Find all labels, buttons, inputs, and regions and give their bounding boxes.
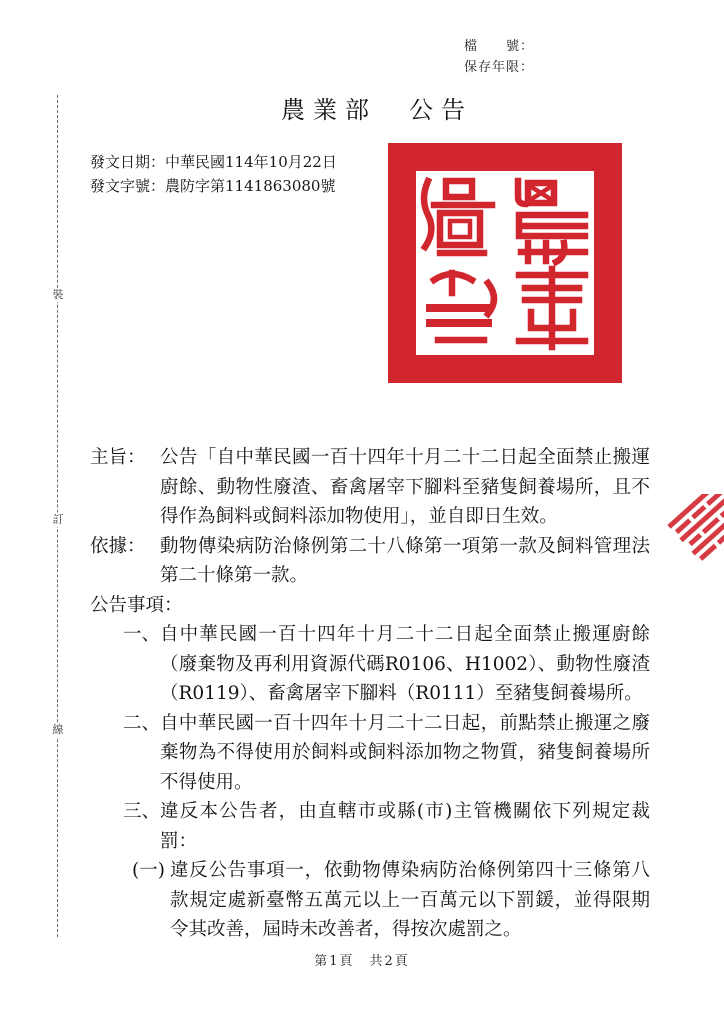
legal-basis-label: 依據： [90,532,160,562]
item-2-text: 自中華民國一百十四年十月二十二日起，前點禁止搬運之廢棄物為不得使用於飼料或飼料添… [160,713,650,793]
issue-date-value: 中華民國114年10月22日 [165,153,337,171]
meta-block: 發文日期：中華民國114年10月22日 發文字號：農防字第1141863080號 [90,150,337,198]
binding-mark-xian: 線 [50,723,66,737]
item-3-paragraph: 三、 違反本公告者，由直轄市或縣(市)主管機關依下列規定裁罰： [90,797,650,856]
legal-basis-text: 動物傳染病防治條例第二十八條第一項第一款及飼料管理法第二十條第一款。 [160,536,650,587]
binding-mark-zhuang: 裝 [50,288,66,302]
item-3-1-text: 違反公告事項一，依動物傳染病防治條例第四十三條第八款規定處新臺幣五萬元以上一百萬… [170,860,650,940]
retention-period-label: 保存年限： [464,57,534,78]
doc-number-line: 發文字號：農防字第1141863080號 [90,174,337,198]
item-3-1-paragraph: (一) 違反公告事項一，依動物傳染病防治條例第四十三條第八款規定處新臺幣五萬元以… [90,856,650,945]
item-2-paragraph: 二、 自中華民國一百十四年十月二十二日起，前點禁止搬運之廢棄物為不得使用於飼料或… [90,709,650,798]
ministry-seal-stamp-icon [388,143,622,383]
binding-mark-ding: 訂 [50,513,66,527]
doc-number-value: 農防字第1141863080號 [165,177,335,195]
file-number-label: 檔 號： [464,36,534,57]
subject-label: 主旨： [90,443,160,473]
item-1-text: 自中華民國一百十四年十月二十二日起全面禁止搬運廚餘（廢棄物及再利用資源代碼R01… [160,624,650,704]
item-2-label: 二、 [123,709,160,739]
announcement-title: 農業部 公告 [0,90,724,125]
subject-paragraph: 主旨： 公告「自中華民國一百十四年十月二十二日起全面禁止搬運廚餘、動物性廢渣、畜… [90,443,650,532]
items-heading: 公告事項： [90,591,650,621]
doc-number-label: 發文字號： [90,177,165,195]
item-1-paragraph: 一、 自中華民國一百十四年十月二十二日起全面禁止搬運廚餘（廢棄物及再利用資源代碼… [90,620,650,709]
item-3-1-label: (一) [132,856,170,886]
announcement-body: 主旨： 公告「自中華民國一百十四年十月二十二日起全面禁止搬運廚餘、動物性廢渣、畜… [90,443,650,945]
legal-basis-paragraph: 依據： 動物傳染病防治條例第二十八條第一項第一款及飼料管理法第二十條第一款。 [90,532,650,591]
page-indicator: 第1頁 共2頁 [0,950,724,969]
item-1-label: 一、 [123,620,160,650]
item-3-label: 三、 [123,797,160,827]
issue-date-label: 發文日期： [90,153,165,171]
seam-stamp-icon [656,494,724,582]
item-3-text: 違反本公告者，由直轄市或縣(市)主管機關依下列規定裁罰： [160,801,650,852]
archive-block: 檔 號： 保存年限： [464,36,534,78]
subject-text: 公告「自中華民國一百十四年十月二十二日起全面禁止搬運廚餘、動物性廢渣、畜禽屠宰下… [160,447,650,527]
announcement-page: 檔 號： 保存年限： 農業部 公告 發文日期：中華民國114年10月22日 發文… [0,0,724,1024]
items-heading-text: 公告事項： [90,595,183,616]
issue-date-line: 發文日期：中華民國114年10月22日 [90,150,337,174]
